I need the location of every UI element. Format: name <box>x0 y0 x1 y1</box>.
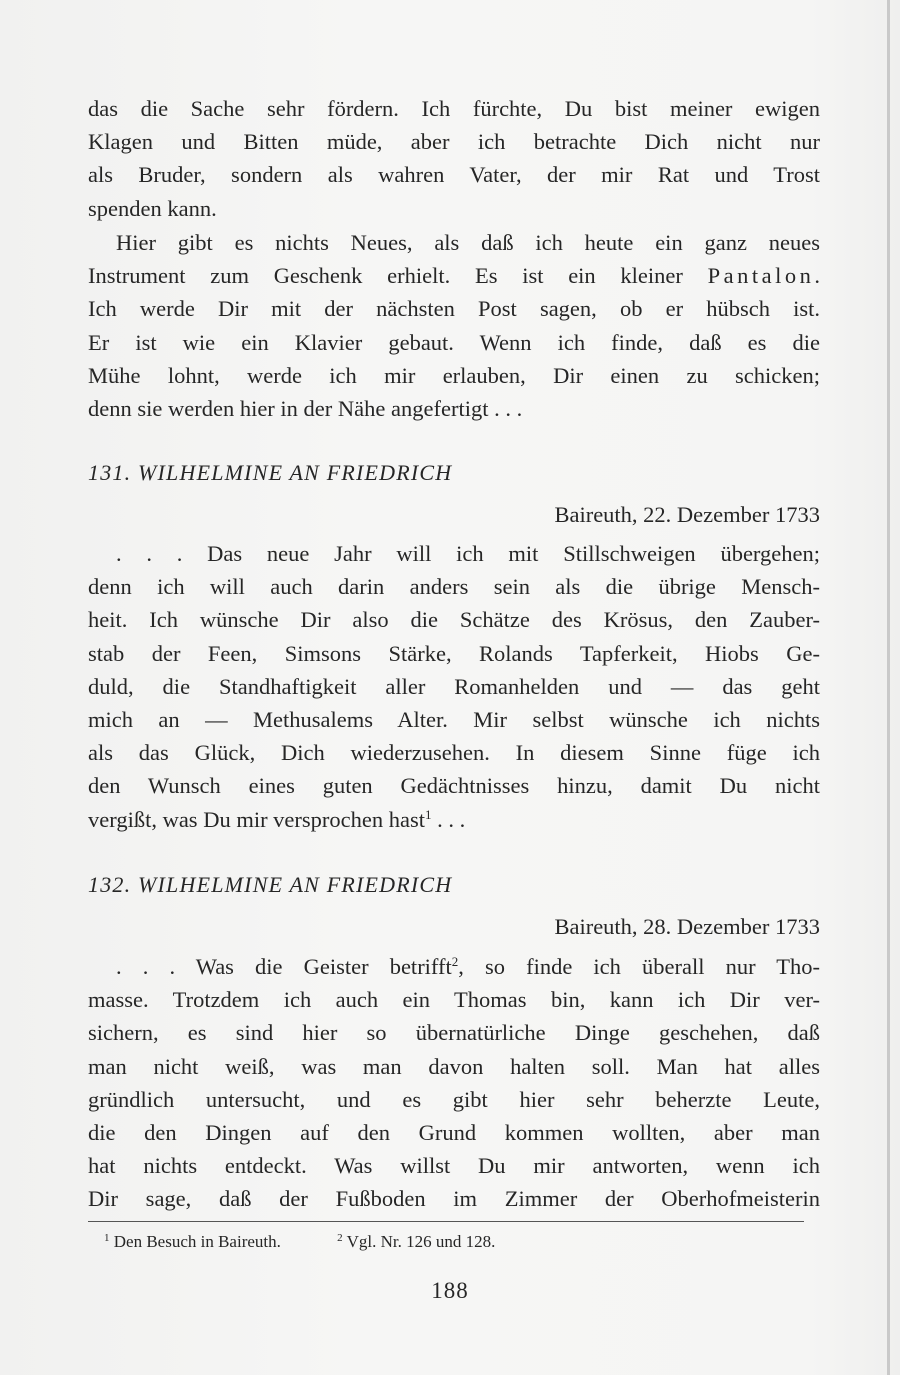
letter-heading-131: 131. WILHELMINE AN FRIEDRICH <box>88 460 452 486</box>
text-line: den Wunsch eines guten Gedächtnisses hin… <box>88 769 820 802</box>
footnote-1: 1 Den Besuch in Baireuth. <box>104 1232 281 1251</box>
text-line: stab der Feen, Simsons Stärke, Rolands T… <box>88 637 820 670</box>
letter-body-132: . . . Was die Geister betrifft2, so find… <box>88 950 820 1216</box>
text-line: Ich werde Dir mit der nächsten Post sage… <box>88 292 820 325</box>
footnote-text: Vgl. Nr. 126 und 128. <box>343 1232 496 1251</box>
spaced-word: Pantalon <box>708 263 815 288</box>
text-line: Klagen und Bitten müde, aber ich betrach… <box>88 125 820 158</box>
text-line: als Bruder, sondern als wahren Vater, de… <box>88 158 820 191</box>
page-edge <box>887 0 890 1375</box>
text-fragment: vergißt, was Du mir versprochen hast <box>88 807 425 832</box>
text-line: duld, die Standhaftigkeit aller Romanhel… <box>88 670 820 703</box>
text-line: Er ist wie ein Klavier gebaut. Wenn ich … <box>88 326 820 359</box>
page-number: 188 <box>0 1278 900 1304</box>
text-line: Mühe lohnt, werde ich mir erlauben, Dir … <box>88 359 820 392</box>
text-line: das die Sache sehr fördern. Ich fürchte,… <box>88 92 820 125</box>
text-line: Instrument zum Geschenk erhielt. Es ist … <box>88 259 820 292</box>
text-line: . . . Was die Geister betrifft2, so find… <box>88 950 820 983</box>
text-line: masse. Trotzdem ich auch ein Thomas bin,… <box>88 983 820 1016</box>
text-fragment: . . . Was die Geister betrifft <box>116 954 452 979</box>
text-line: . . . Das neue Jahr will ich mit Stillsc… <box>88 537 820 570</box>
text-fragment: , so finde ich überall nur Tho- <box>458 954 820 979</box>
footnotes: 1 Den Besuch in Baireuth. 2 Vgl. Nr. 126… <box>104 1232 547 1252</box>
paragraph-pantalon: Hier gibt es nichts Neues, als daß ich h… <box>88 226 820 425</box>
footnote-rule <box>88 1221 804 1222</box>
letter-body-131: . . . Das neue Jahr will ich mit Stillsc… <box>88 537 820 836</box>
letter-dateline-132: Baireuth, 28. Dezember 1733 <box>554 914 820 940</box>
letter-heading-132: 132. WILHELMINE AN FRIEDRICH <box>88 872 452 898</box>
letter-dateline-131: Baireuth, 22. Dezember 1733 <box>554 502 820 528</box>
text-line: hat nichts entdeckt. Was willst Du mir a… <box>88 1149 820 1182</box>
text-line: vergißt, was Du mir versprochen hast1 . … <box>88 803 820 836</box>
text-line: als das Glück, Dich wiederzusehen. In di… <box>88 736 820 769</box>
text-line: mich an — Methusalems Alter. Mir selbst … <box>88 703 820 736</box>
text-line: man nicht weiß, was man davon halten sol… <box>88 1050 820 1083</box>
text-line: sichern, es sind hier so übernatürliche … <box>88 1016 820 1049</box>
book-page: das die Sache sehr fördern. Ich fürchte,… <box>0 0 900 1375</box>
text-line: gründlich untersucht, und es gibt hier s… <box>88 1083 820 1116</box>
text-line: heit. Ich wünsche Dir also die Schätze d… <box>88 603 820 636</box>
text-fragment: . . . <box>432 807 466 832</box>
text-line: spenden kann. <box>88 192 820 225</box>
footnote-2: 2 Vgl. Nr. 126 und 128. <box>337 1232 495 1251</box>
text-line: denn sie werden hier in der Nähe angefer… <box>88 392 820 425</box>
text-line: die den Dingen auf den Grund kommen woll… <box>88 1116 820 1149</box>
footnote-text: Den Besuch in Baireuth. <box>110 1232 281 1251</box>
intro-paragraph: das die Sache sehr fördern. Ich fürchte,… <box>88 92 820 225</box>
text-line: Hier gibt es nichts Neues, als daß ich h… <box>88 226 820 259</box>
text-fragment: . <box>814 263 820 288</box>
text-line: denn ich will auch darin anders sein als… <box>88 570 820 603</box>
text-line: Dir sage, daß der Fußboden im Zimmer der… <box>88 1182 820 1215</box>
text-fragment: Instrument zum Geschenk erhielt. Es ist … <box>88 263 708 288</box>
